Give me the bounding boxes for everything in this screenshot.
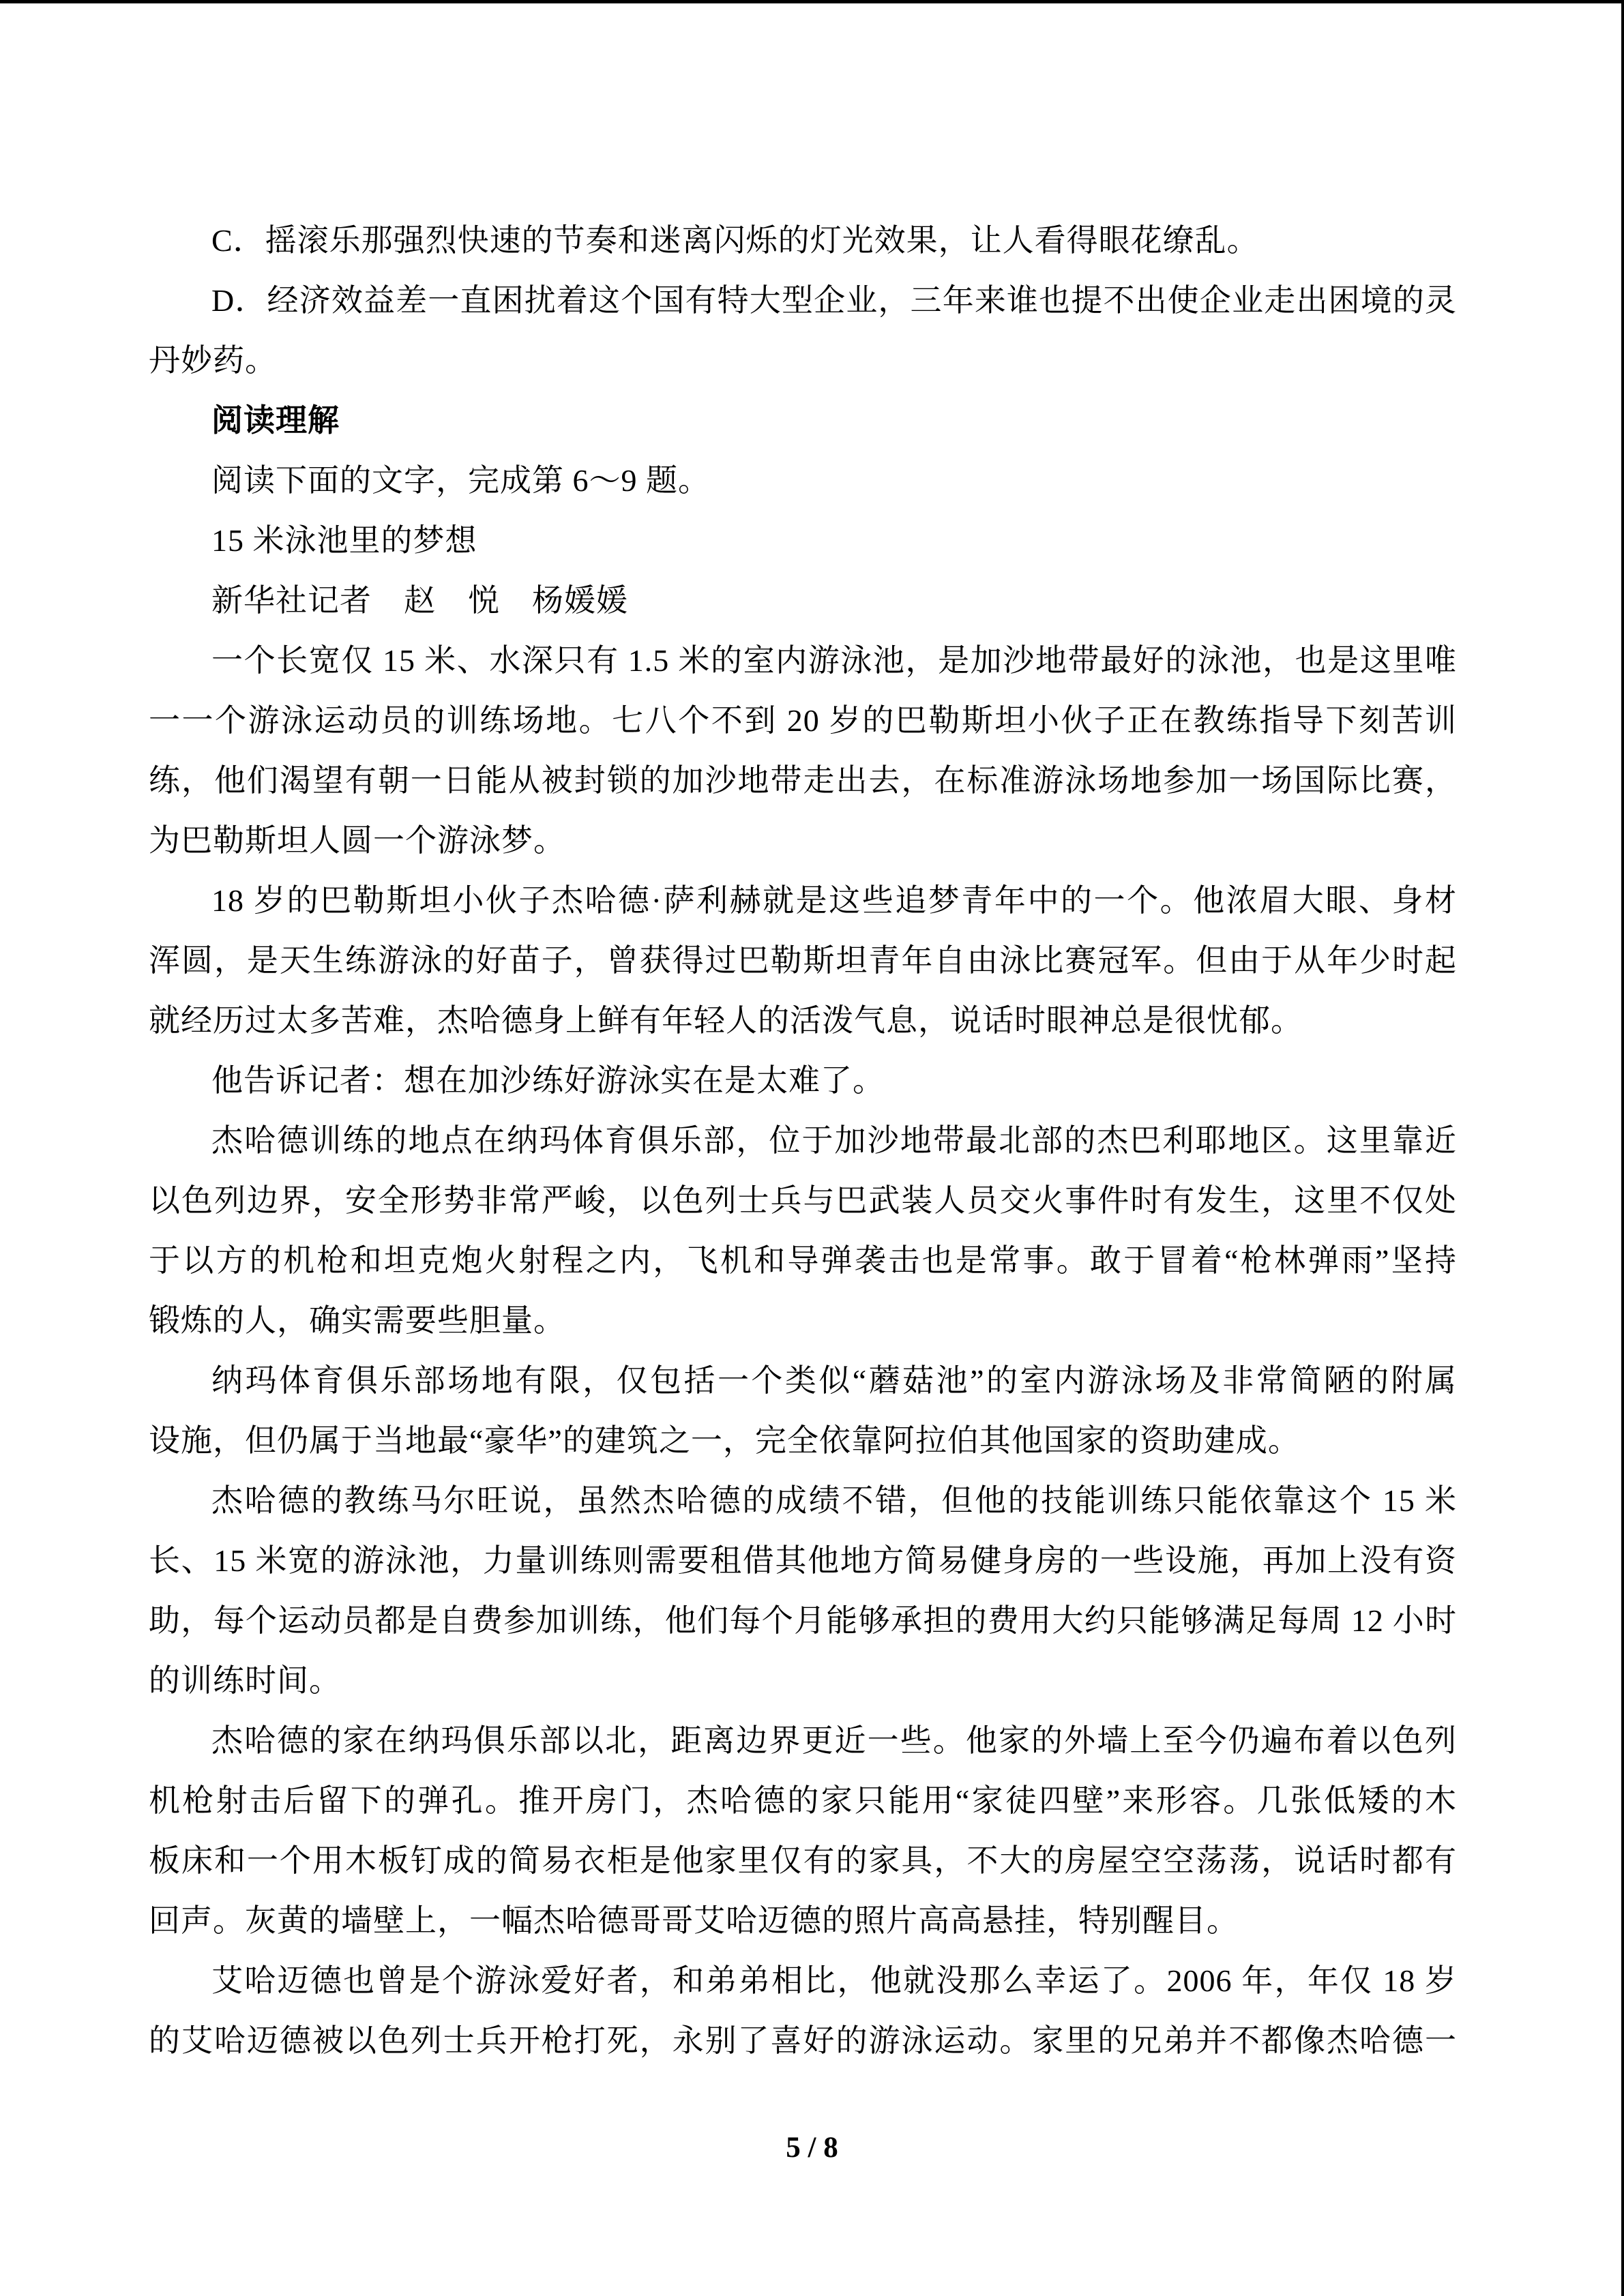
page-border-top bbox=[0, 0, 1624, 3]
article-byline: 新华社记者 赵 悦 杨媛媛 bbox=[149, 571, 1457, 631]
option-c-text: C．摇滚乐那强烈快速的节奏和迷离闪烁的灯光效果，让人看得眼花缭乱。 bbox=[149, 211, 1457, 271]
article-paragraph-line: 18 岁的巴勒斯坦小伙子杰哈德·萨利赫就是这些追梦青年中的一个。他浓眉大眼、身材 bbox=[149, 871, 1457, 931]
article-paragraph-line: 杰哈德训练的地点在纳玛体育俱乐部，位于加沙地带最北部的杰巴利耶地区。这里靠近 bbox=[149, 1111, 1457, 1171]
article-paragraph-line: 一一个游泳运动员的训练场地。七八个不到 20 岁的巴勒斯坦小伙子正在教练指导下刻… bbox=[149, 691, 1457, 751]
article-paragraph-line: 板床和一个用木板钉成的简易衣柜是他家里仅有的家具，不大的房屋空空荡荡，说话时都有 bbox=[149, 1831, 1457, 1891]
article-paragraph-line: 助，每个运动员都是自费参加训练，他们每个月能够承担的费用大约只能够满足每周 12… bbox=[149, 1591, 1457, 1651]
article-title: 15 米泳池里的梦想 bbox=[149, 511, 1457, 571]
article-paragraph-line: 机枪射击后留下的弹孔。推开房门，杰哈德的家只能用“家徒四壁”来形容。几张低矮的木 bbox=[149, 1771, 1457, 1831]
article-paragraph-line: 练，他们渴望有朝一日能从被封锁的加沙地带走出去，在标准游泳场地参加一场国际比赛， bbox=[149, 751, 1457, 811]
article-paragraph-line: 锻炼的人，确实需要些胆量。 bbox=[149, 1291, 1457, 1351]
article-paragraph-line: 就经历过太多苦难，杰哈德身上鲜有年轻人的活泼气息，说话时眼神总是很忧郁。 bbox=[149, 991, 1457, 1051]
article-paragraph-line: 杰哈德的家在纳玛俱乐部以北，距离边界更近一些。他家的外墙上至今仍遍布着以色列 bbox=[149, 1711, 1457, 1771]
document-page: C．摇滚乐那强烈快速的节奏和迷离闪烁的灯光效果，让人看得眼花缭乱。 D．经济效益… bbox=[0, 0, 1624, 2296]
article-paragraph-line: 他告诉记者：想在加沙练好游泳实在是太难了。 bbox=[149, 1051, 1457, 1111]
option-d-text: D．经济效益差一直困扰着这个国有特大型企业，三年来谁也提不出使企业走出困境的灵 bbox=[149, 271, 1457, 331]
page-border-right bbox=[1621, 0, 1624, 2296]
page-number: 5 / 8 bbox=[0, 2117, 1624, 2179]
article-paragraph-line: 纳玛体育俱乐部场地有限，仅包括一个类似“蘑菇池”的室内游泳场及非常简陋的附属 bbox=[149, 1351, 1457, 1411]
article-paragraph-line: 的艾哈迈德被以色列士兵开枪打死，永别了喜好的游泳运动。家里的兄弟并不都像杰哈德一 bbox=[149, 2011, 1457, 2071]
article-paragraph-line: 艾哈迈德也曾是个游泳爱好者，和弟弟相比，他就没那么幸运了。2006 年，年仅 1… bbox=[149, 1951, 1457, 2011]
article-paragraph-line: 长、15 米宽的游泳池，力量训练则需要租借其他地方简易健身房的一些设施，再加上没… bbox=[149, 1531, 1457, 1591]
article-paragraph-line: 以色列边界，安全形势非常严峻，以色列士兵与巴武装人员交火事件时有发生，这里不仅处 bbox=[149, 1171, 1457, 1231]
reading-instruction: 阅读下面的文字，完成第 6～9 题。 bbox=[149, 451, 1457, 511]
article-paragraph-line: 浑圆，是天生练游泳的好苗子，曾获得过巴勒斯坦青年自由泳比赛冠军。但由于从年少时起 bbox=[149, 931, 1457, 991]
option-d-continuation: 丹妙药。 bbox=[149, 331, 1457, 391]
article-paragraph-line: 的训练时间。 bbox=[149, 1651, 1457, 1711]
document-body: C．摇滚乐那强烈快速的节奏和迷离闪烁的灯光效果，让人看得眼花缭乱。 D．经济效益… bbox=[149, 211, 1457, 2071]
section-heading-reading-comprehension: 阅读理解 bbox=[149, 391, 1457, 451]
article-paragraph-line: 设施，但仍属于当地最“豪华”的建筑之一，完全依靠阿拉伯其他国家的资助建成。 bbox=[149, 1411, 1457, 1471]
article-paragraph-line: 为巴勒斯坦人圆一个游泳梦。 bbox=[149, 811, 1457, 871]
article-paragraph-line: 一个长宽仅 15 米、水深只有 1.5 米的室内游泳池，是加沙地带最好的泳池，也… bbox=[149, 631, 1457, 691]
article-paragraph-line: 回声。灰黄的墙壁上，一幅杰哈德哥哥艾哈迈德的照片高高悬挂，特别醒目。 bbox=[149, 1891, 1457, 1951]
article-paragraph-line: 杰哈德的教练马尔旺说，虽然杰哈德的成绩不错，但他的技能训练只能依靠这个 15 米 bbox=[149, 1471, 1457, 1531]
article-paragraph-line: 于以方的机枪和坦克炮火射程之内，飞机和导弹袭击也是常事。敢于冒着“枪林弹雨”坚持 bbox=[149, 1231, 1457, 1291]
